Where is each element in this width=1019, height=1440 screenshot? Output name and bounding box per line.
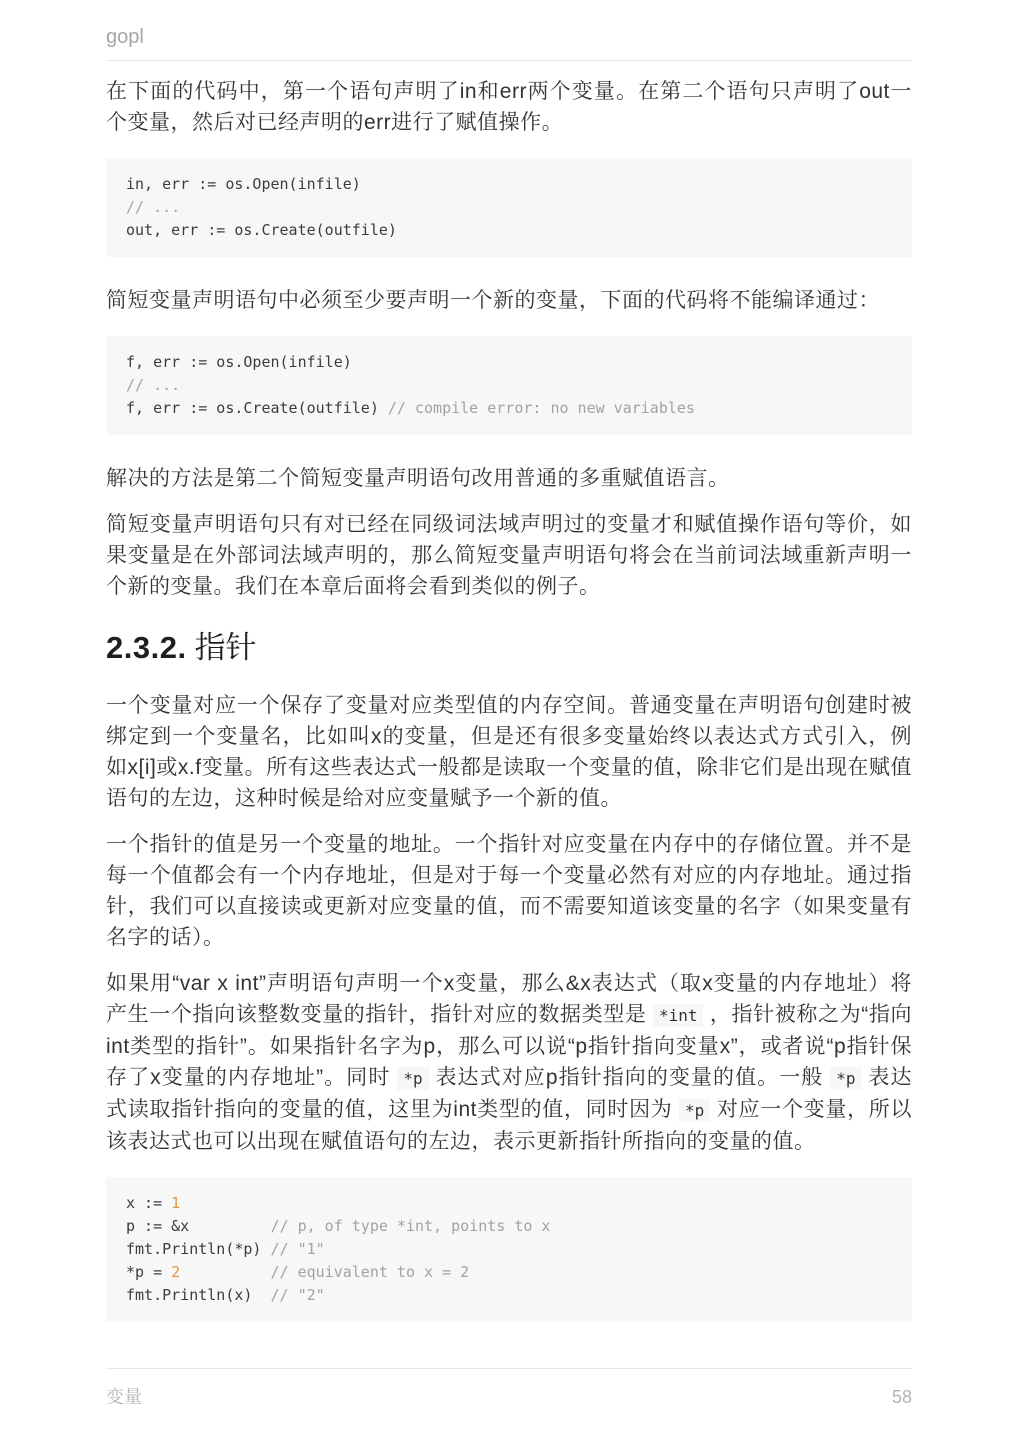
text-segment: // p, of type *int, points to x	[271, 1217, 551, 1235]
footer-page-number: 58	[892, 1387, 912, 1408]
site-header: gopl	[106, 26, 912, 61]
inline-code: *p	[397, 1067, 428, 1090]
code-line: x := 1	[126, 1194, 180, 1212]
text-segment: // "2"	[271, 1286, 325, 1304]
paragraph-variable-memory: 一个变量对应一个保存了变量对应类型值的内存空间。普通变量在声明语句创建时被绑定到…	[106, 690, 912, 814]
text-segment: *p =	[126, 1263, 171, 1281]
paragraph-intro: 在下面的代码中，第一个语句声明了in和err两个变量。在第二个语句只声明了out…	[106, 76, 912, 138]
page-footer: 变量 58	[106, 1368, 912, 1409]
content: 在下面的代码中，第一个语句声明了in和err两个变量。在第二个语句只声明了out…	[106, 76, 912, 1322]
code-block-3: x := 1 p := &x // p, of type *int, point…	[106, 1177, 912, 1322]
code-line: f, err := os.Create(outfile) // compile …	[126, 399, 695, 417]
section-number: 2.3.2.	[106, 630, 187, 665]
paragraph-solution: 解决的方法是第二个简短变量声明语句改用普通的多重赋值语言。	[106, 463, 912, 494]
paragraph-pointer-syntax: 如果用“var x int”声明语句声明一个x变量，那么&x表达式（取x变量的内…	[106, 968, 912, 1157]
text-segment: out, err := os.Create(outfile)	[126, 221, 397, 239]
text-segment: f, err := os.Open(infile)	[126, 353, 352, 371]
text-segment: f, err := os.Create(outfile)	[126, 399, 388, 417]
text-segment: // ...	[126, 198, 180, 216]
code-line: in, err := os.Open(infile)	[126, 175, 361, 193]
code-block-1: in, err := os.Open(infile) // ... out, e…	[106, 158, 912, 257]
site-title: gopl	[106, 26, 144, 48]
code-block-2: f, err := os.Open(infile) // ... f, err …	[106, 336, 912, 435]
code-line: f, err := os.Open(infile)	[126, 353, 352, 371]
inline-code: *p	[679, 1099, 710, 1122]
footer-chapter-title: 变量	[106, 1383, 142, 1409]
text-segment: // equivalent to x = 2	[271, 1263, 470, 1281]
text-segment: x :=	[126, 1194, 171, 1212]
text-segment: // "1"	[271, 1240, 325, 1258]
code-line: *p = 2 // equivalent to x = 2	[126, 1263, 469, 1281]
code-line: p := &x // p, of type *int, points to x	[126, 1217, 550, 1235]
paragraph-rule: 简短变量声明语句中必须至少要声明一个新的变量，下面的代码将不能编译通过：	[106, 285, 912, 316]
code-line: fmt.Println(*p) // "1"	[126, 1240, 325, 1258]
text-segment: 表达式对应p指针指向的变量的值。一般	[429, 1066, 831, 1089]
code-line: out, err := os.Create(outfile)	[126, 221, 397, 239]
paragraph-pointer-value: 一个指针的值是另一个变量的地址。一个指针对应变量在内存中的存储位置。并不是每一个…	[106, 829, 912, 953]
paragraph-scope: 简短变量声明语句只有对已经在同级词法域声明过的变量才和赋值操作语句等价，如果变量…	[106, 509, 912, 602]
text-segment: 2	[171, 1263, 180, 1281]
text-segment: // ...	[126, 376, 180, 394]
section-title: 指针	[195, 630, 257, 665]
text-segment	[180, 1263, 270, 1281]
text-segment: p := &x	[126, 1217, 271, 1235]
text-segment: 1	[171, 1194, 180, 1212]
section-heading: 2.3.2.指针	[106, 630, 912, 666]
code-line: fmt.Println(x) // "2"	[126, 1286, 325, 1304]
text-segment: fmt.Println(x)	[126, 1286, 271, 1304]
document-page: gopl 在下面的代码中，第一个语句声明了in和err两个变量。在第二个语句只声…	[0, 0, 1019, 1440]
code-line: // ...	[126, 376, 180, 394]
text-segment: in, err := os.Open(infile)	[126, 175, 361, 193]
text-segment: // compile error: no new variables	[388, 399, 695, 417]
text-segment: fmt.Println(*p)	[126, 1240, 271, 1258]
code-line: // ...	[126, 198, 180, 216]
inline-code: *int	[653, 1004, 704, 1027]
inline-code: *p	[830, 1067, 861, 1090]
